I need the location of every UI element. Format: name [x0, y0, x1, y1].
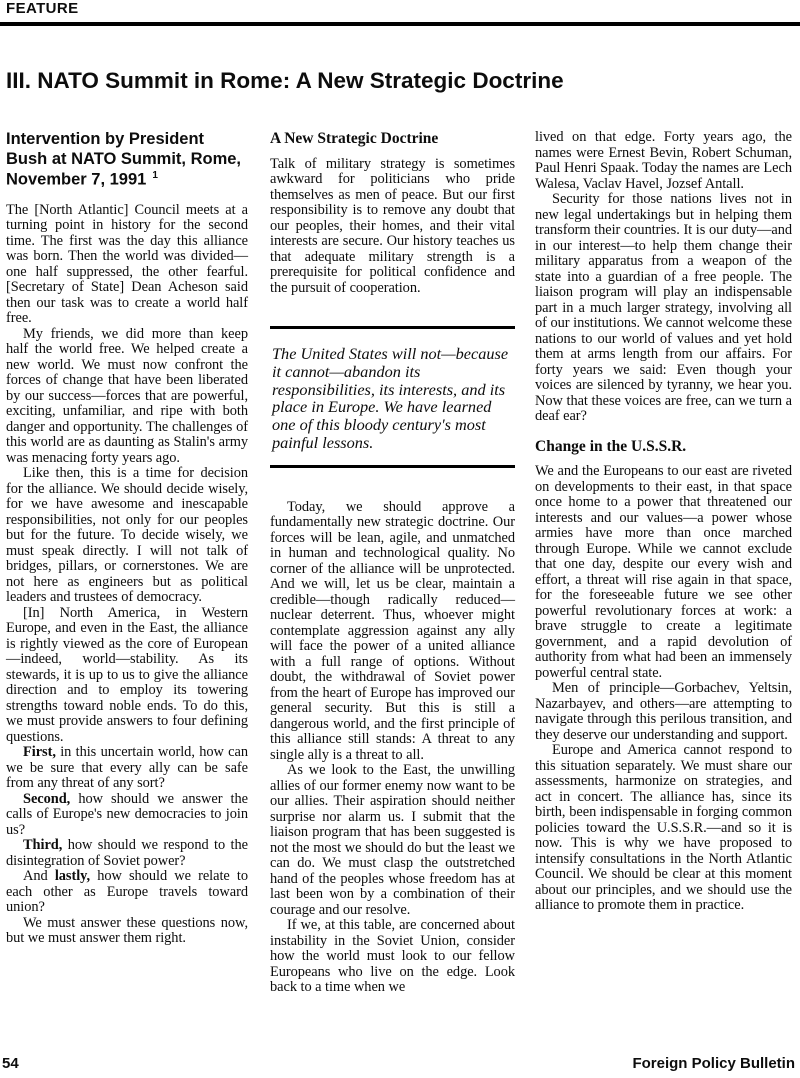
body-paragraph: Second, how should we answer the calls o…: [6, 792, 248, 839]
bold-lead-text: lastly,: [55, 868, 90, 884]
body-paragraph: And lastly, how should we relate to each…: [6, 869, 248, 916]
pull-quote: The United States will not—because it ca…: [270, 326, 515, 468]
section-kicker: FEATURE: [6, 0, 79, 17]
section-heading: Change in the U.S.S.R.: [535, 438, 792, 457]
body-paragraph: The [North Atlantic] Council meets at a …: [6, 203, 248, 327]
column-1: Intervention by President Bush at NATO S…: [6, 130, 248, 947]
body-paragraph: First, in this uncertain world, how can …: [6, 745, 248, 792]
body-paragraph: Security for those nations lives not in …: [535, 192, 792, 425]
section-heading-text: A New Strategic Doctrine: [270, 130, 438, 147]
body-paragraph: We and the Europeans to our east are riv…: [535, 464, 792, 681]
body-paragraph: We must answer these questions now, but …: [6, 916, 248, 947]
publication-name: Foreign Policy Bulletin: [632, 1055, 795, 1072]
column-2: A New Strategic DoctrineTalk of military…: [270, 130, 515, 996]
paragraph-text: If we, at this table, are concerned abou…: [270, 917, 515, 995]
body-paragraph: As we look to the East, the unwilling al…: [270, 763, 515, 918]
body-paragraph: lived on that edge. Forty years ago, the…: [535, 130, 792, 192]
paragraph-text: The [North Atlantic] Council meets at a …: [6, 202, 248, 327]
paragraph-text: [In] North America, in Western Europe, a…: [6, 605, 248, 745]
header-rule: [0, 22, 800, 26]
paragraph-text: We must answer these questions now, but …: [6, 915, 248, 947]
section-heading: Intervention by President Bush at NATO S…: [6, 130, 248, 190]
bold-lead-text: Third,: [23, 837, 62, 853]
body-paragraph: Like then, this is a time for decision f…: [6, 466, 248, 606]
body-paragraph: [In] North America, in Western Europe, a…: [6, 606, 248, 746]
paragraph-text: As we look to the East, the unwilling al…: [270, 762, 515, 918]
paragraph-text: Today, we should approve a fundamentally…: [270, 499, 515, 763]
article-columns: Intervention by President Bush at NATO S…: [6, 130, 794, 996]
body-paragraph: Today, we should approve a fundamentally…: [270, 500, 515, 764]
body-paragraph: Third, how should we respond to the disi…: [6, 838, 248, 869]
page-title: III. NATO Summit in Rome: A New Strategi…: [6, 68, 786, 94]
body-paragraph: Men of principle—Gorbachev, Yeltsin, Naz…: [535, 681, 792, 743]
section-heading: A New Strategic Doctrine: [270, 130, 515, 149]
column-3: lived on that edge. Forty years ago, the…: [535, 130, 792, 914]
document-page: FEATURE III. NATO Summit in Rome: A New …: [0, 0, 800, 1078]
section-heading-text: Intervention by President Bush at NATO S…: [6, 130, 241, 188]
paragraph-text: My friends, we did more than keep half t…: [6, 326, 248, 466]
paragraph-text: Europe and America cannot respond to thi…: [535, 742, 792, 913]
bold-lead-text: First,: [23, 744, 56, 760]
body-paragraph: My friends, we did more than keep half t…: [6, 327, 248, 467]
paragraph-text: Like then, this is a time for decision f…: [6, 465, 248, 605]
body-paragraph: Europe and America cannot respond to thi…: [535, 743, 792, 914]
footnote-ref: 1: [152, 170, 158, 181]
paragraph-text: Talk of military strategy is sometimes a…: [270, 156, 515, 296]
body-paragraph: If we, at this table, are concerned abou…: [270, 918, 515, 996]
bold-lead-text: Second,: [23, 791, 70, 807]
paragraph-text: lived on that edge. Forty years ago, the…: [535, 129, 792, 192]
body-paragraph: Talk of military strategy is sometimes a…: [270, 157, 515, 297]
section-heading-text: Change in the U.S.S.R.: [535, 438, 686, 455]
paragraph-text: And: [23, 868, 55, 884]
paragraph-text: We and the Europeans to our east are riv…: [535, 463, 792, 681]
page-number: 54: [2, 1055, 19, 1072]
paragraph-text: Security for those nations lives not in …: [535, 191, 792, 424]
paragraph-text: Men of principle—Gorbachev, Yeltsin, Naz…: [535, 680, 792, 743]
